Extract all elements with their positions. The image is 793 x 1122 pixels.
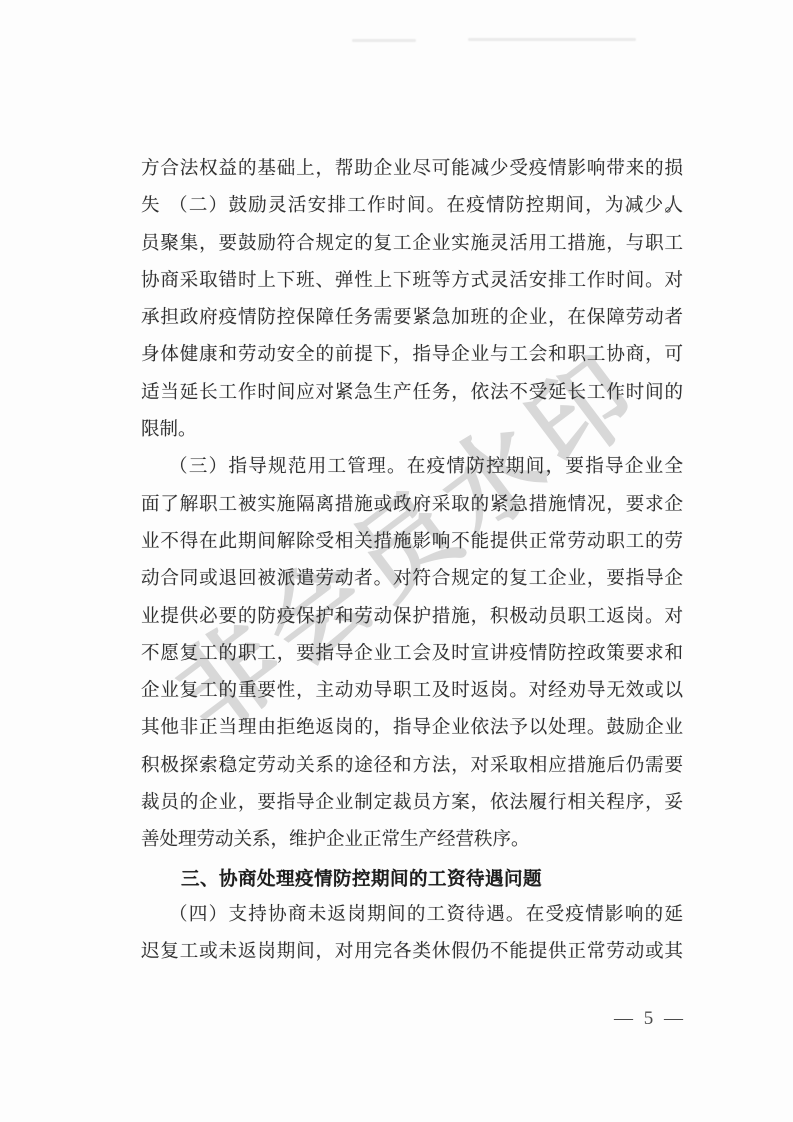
- text-line-paragraph-end: 限制。: [141, 412, 683, 449]
- text-line: 身体健康和劳动安全的前提下，指导企业与工会和职工协商，可: [141, 337, 683, 374]
- text-line: 其他非正当理由拒绝返岗的，指导企业依法予以处理。鼓励企业: [141, 710, 683, 747]
- text-line-section-4-lead: （四）支持协商未返岗期间的工资待遇。在受疫情影响的延: [141, 897, 683, 934]
- text-line: 动合同或退回被派遣劳动者。对符合规定的复工企业，要指导企: [141, 561, 683, 598]
- text-line: 迟复工或未返岗期间，对用完各类休假仍不能提供正常劳动或其: [141, 934, 683, 971]
- text-line-section-3-lead: （三）指导规范用工管理。在疫情防控期间，要指导企业全: [141, 449, 683, 486]
- text-line: 协商采取错时上下班、弹性上下班等方式灵活安排工作时间。对: [141, 263, 683, 300]
- text-line: 业不得在此期间解除受相关措施影响不能提供正常劳动职工的劳: [141, 524, 683, 561]
- text-line: 承担政府疫情防控保障任务需要紧急加班的企业，在保障劳动者: [141, 300, 683, 337]
- text-line: 业提供必要的防疫保护和劳动保护措施，积极动员职工返岗。对: [141, 599, 683, 636]
- page-number: — 5 —: [570, 1008, 730, 1030]
- text-line: 面了解职工被实施隔离措施或政府采取的紧急措施情况，要求企: [141, 487, 683, 524]
- section-heading: 三、协商处理疫情防控期间的工资待遇问题: [141, 860, 683, 897]
- text-line: 员聚集，要鼓励符合规定的复工企业实施灵活用工措施，与职工: [141, 226, 683, 263]
- text-line: 企业复工的重要性，主动劝导职工及时返岗。对经劝导无效或以: [141, 673, 683, 710]
- document-page: 非会员水印 方合法权益的基础上，帮助企业尽可能减少受疫情影响带来的损失。 （二）…: [0, 0, 793, 1122]
- text-line: 不愿复工的职工，要指导企业工会及时宣讲疫情防控政策要求和: [141, 636, 683, 673]
- text-line: 方合法权益的基础上，帮助企业尽可能减少受疫情影响带来的损失。: [141, 151, 683, 188]
- scan-artifact: [352, 39, 416, 42]
- text-line-section-2-lead: （二）鼓励灵活安排工作时间。在疫情防控期间，为减少人: [141, 188, 683, 225]
- text-line: 裁员的企业，要指导企业制定裁员方案，依法履行相关程序，妥: [141, 785, 683, 822]
- text-line: 积极探索稳定劳动关系的途径和方法，对采取相应措施后仍需要: [141, 748, 683, 785]
- text-line-paragraph-end: 善处理劳动关系，维护企业正常生产经营秩序。: [141, 822, 683, 859]
- text-line: 适当延长工作时间应对紧急生产任务，依法不受延长工作时间的: [141, 375, 683, 412]
- document-body: 方合法权益的基础上，帮助企业尽可能减少受疫情影响带来的损失。 （二）鼓励灵活安排…: [141, 151, 683, 972]
- scan-artifact: [468, 38, 636, 41]
